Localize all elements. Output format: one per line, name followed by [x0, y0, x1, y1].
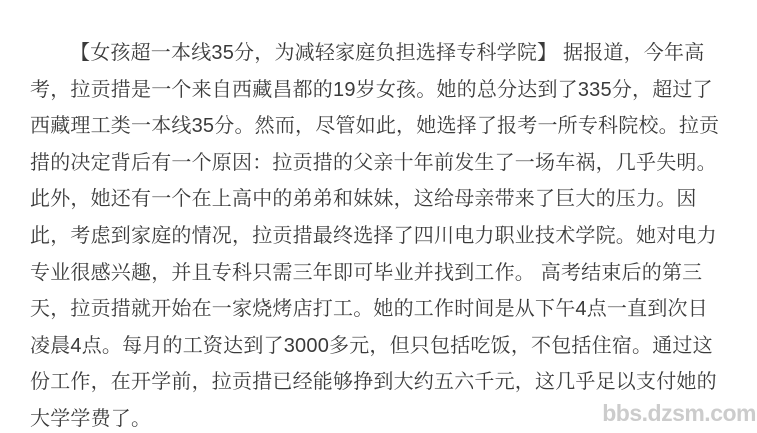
article-page: 【女孩超一本线35分，为减轻家庭负担选择专科学院】 据报道，今年高考，拉贡措是一… [0, 0, 757, 433]
article-paragraph: 【女孩超一本线35分，为减轻家庭负担选择专科学院】 据报道，今年高考，拉贡措是一… [30, 35, 727, 433]
site-watermark: bbs.dzsm.com [602, 400, 756, 427]
